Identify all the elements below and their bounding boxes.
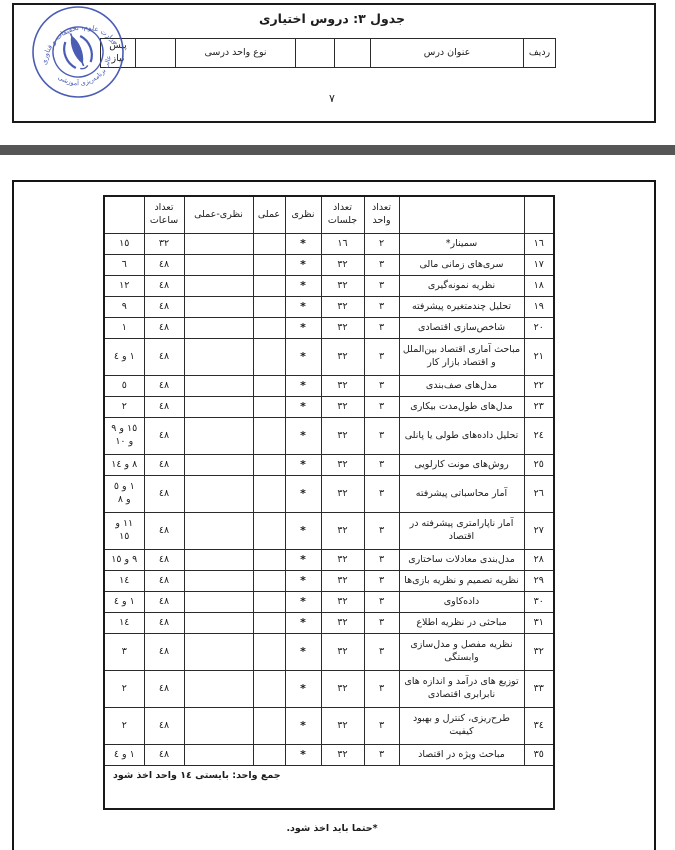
course-name-cell: توزیع های درآمد و اندازه های نابرابری اق… — [399, 671, 524, 708]
prereq-cell: ٢ — [104, 708, 144, 745]
practical-cell — [253, 234, 285, 255]
sessions-cell: ٣٢ — [321, 276, 364, 297]
sessions-cell: ٣٢ — [321, 571, 364, 592]
practical-cell — [253, 339, 285, 376]
practical-cell — [253, 592, 285, 613]
elective-courses-table: تعداد واحد تعداد جلسات نظری عملی نظری-عم… — [103, 195, 555, 810]
theory-practical-cell — [184, 255, 253, 276]
sessions-cell: ١٦ — [321, 234, 364, 255]
course-name-cell: مدل‌های طول‌مدت بیکاری — [399, 397, 524, 418]
table-row: ٢٤تحلیل داده‌های طولی یا پانلی٣٣٢*٤٨١٥ و… — [104, 418, 554, 455]
table-row: ٣٤طرح‌ریزی، کنترل و بهبود کیفیت٣٣٢*٤٨٢ — [104, 708, 554, 745]
theory-practical-cell — [184, 708, 253, 745]
units-cell: ٣ — [364, 592, 399, 613]
radif-header: ردیف — [524, 39, 556, 68]
course-name-cell: شاخص‌سازی اقتصادی — [399, 318, 524, 339]
table-row: ٢١مباحث آماری اقتصاد بین‌الملل و اقتصاد … — [104, 339, 554, 376]
practical-cell — [253, 571, 285, 592]
units-cell: ٣ — [364, 276, 399, 297]
ministry-stamp: وزارت علوم، تحقیقات و فناوری شورای عالی … — [28, 2, 128, 102]
course-name-cell: تحلیل داده‌های طولی یا پانلی — [399, 418, 524, 455]
sessions-cell: ٣٢ — [321, 397, 364, 418]
hours-cell: ٤٨ — [144, 745, 184, 766]
theory-cell: * — [285, 476, 321, 513]
hours-cell: ٤٨ — [144, 634, 184, 671]
total-units-row: جمع واحد: بایستی ١٤ واحد اخذ شود — [104, 766, 554, 810]
prereq-cell: ١٤ — [104, 613, 144, 634]
theory-practical-cell — [184, 592, 253, 613]
course-name-cell: نظریه نمونه‌گیری — [399, 276, 524, 297]
theory-practical-header: نظری-عملی — [184, 196, 253, 234]
theory-cell: * — [285, 318, 321, 339]
sessions-cell: ٣٢ — [321, 592, 364, 613]
course-name-cell: طرح‌ریزی، کنترل و بهبود کیفیت — [399, 708, 524, 745]
hours-header: تعداد ساعات — [144, 196, 184, 234]
practical-cell — [253, 613, 285, 634]
practical-cell — [253, 255, 285, 276]
row-number-cell: ٢٥ — [524, 455, 554, 476]
theory-cell: * — [285, 376, 321, 397]
units-header: تعداد واحد — [364, 196, 399, 234]
theory-practical-cell — [184, 276, 253, 297]
course-name-cell: تحلیل چندمتغیره پیشرفته — [399, 297, 524, 318]
row-number-cell: ٣٢ — [524, 634, 554, 671]
empty-header-cell — [136, 39, 176, 68]
prereq-cell: ٦ — [104, 255, 144, 276]
prereq-cell: ٢ — [104, 397, 144, 418]
sessions-cell: ٣٢ — [321, 476, 364, 513]
hours-cell: ٤٨ — [144, 318, 184, 339]
table-row: ٢٢مدل‌های صف‌بندی٣٣٢*٤٨٥ — [104, 376, 554, 397]
sessions-cell: ٣٢ — [321, 634, 364, 671]
table-row: ٢٨مدل‌بندی معادلات ساختاری٣٣٢*٤٨٩ و ١٥ — [104, 550, 554, 571]
course-name-cell: روش‌های مونت کارلویی — [399, 455, 524, 476]
units-cell: ٣ — [364, 397, 399, 418]
course-name-cell: مدل‌های صف‌بندی — [399, 376, 524, 397]
top-table-header-row: ردیف عنوان درس نوع واحد درسی پیش نیاز — [101, 39, 556, 68]
theory-practical-cell — [184, 318, 253, 339]
sessions-cell: ٣٢ — [321, 708, 364, 745]
units-cell: ٣ — [364, 476, 399, 513]
hours-cell: ٤٨ — [144, 592, 184, 613]
practical-cell — [253, 397, 285, 418]
practical-cell — [253, 297, 285, 318]
unit-type-header: نوع واحد درسی — [176, 39, 296, 68]
row-number-cell: ٢٤ — [524, 418, 554, 455]
empty-header-cell — [524, 196, 554, 234]
row-number-cell: ١٨ — [524, 276, 554, 297]
row-number-cell: ١٩ — [524, 297, 554, 318]
row-number-cell: ٢٩ — [524, 571, 554, 592]
table-row: ٣٠داده‌کاوی٣٣٢*٤٨١ و ٤ — [104, 592, 554, 613]
prereq-cell: ١٤ — [104, 571, 144, 592]
row-number-cell: ٣١ — [524, 613, 554, 634]
sessions-cell: ٣٢ — [321, 745, 364, 766]
sessions-cell: ٣٢ — [321, 255, 364, 276]
row-number-cell: ٢٨ — [524, 550, 554, 571]
hours-cell: ٤٨ — [144, 455, 184, 476]
theory-practical-cell — [184, 513, 253, 550]
theory-cell: * — [285, 339, 321, 376]
row-number-cell: ٢٣ — [524, 397, 554, 418]
theory-practical-cell — [184, 571, 253, 592]
prereq-cell: ١ و ٤ — [104, 745, 144, 766]
hours-cell: ٤٨ — [144, 571, 184, 592]
sessions-cell: ٣٢ — [321, 513, 364, 550]
sessions-cell: ٣٢ — [321, 671, 364, 708]
empty-header-cell — [104, 196, 144, 234]
theory-practical-cell — [184, 297, 253, 318]
prereq-cell: ٢ — [104, 671, 144, 708]
theory-practical-cell — [184, 550, 253, 571]
theory-cell: * — [285, 513, 321, 550]
sessions-cell: ٣٢ — [321, 297, 364, 318]
theory-cell: * — [285, 634, 321, 671]
practical-cell — [253, 455, 285, 476]
theory-cell: * — [285, 397, 321, 418]
row-number-cell: ٢٠ — [524, 318, 554, 339]
prereq-cell: ١ و ٥ و ٨ — [104, 476, 144, 513]
hours-cell: ٣٢ — [144, 234, 184, 255]
course-name-cell: مدل‌بندی معادلات ساختاری — [399, 550, 524, 571]
practical-cell — [253, 376, 285, 397]
hours-cell: ٤٨ — [144, 418, 184, 455]
theory-practical-cell — [184, 671, 253, 708]
sessions-cell: ٣٢ — [321, 550, 364, 571]
theory-practical-cell — [184, 418, 253, 455]
prereq-cell: ١٥ — [104, 234, 144, 255]
table-row: ٢٦آمار محاسباتی پیشرفته٣٣٢*٤٨١ و ٥ و ٨ — [104, 476, 554, 513]
theory-practical-cell — [184, 234, 253, 255]
course-name-cell: داده‌کاوی — [399, 592, 524, 613]
hours-cell: ٤٨ — [144, 276, 184, 297]
top-table: ردیف عنوان درس نوع واحد درسی پیش نیاز — [100, 38, 556, 68]
table-row: ١٩تحلیل چندمتغیره پیشرفته٣٣٢*٤٨٩ — [104, 297, 554, 318]
practical-cell — [253, 634, 285, 671]
empty-header-cell — [399, 196, 524, 234]
units-cell: ٣ — [364, 339, 399, 376]
hours-cell: ٤٨ — [144, 376, 184, 397]
table-row: ٣٣توزیع های درآمد و اندازه های نابرابری … — [104, 671, 554, 708]
hours-cell: ٤٨ — [144, 397, 184, 418]
units-cell: ٣ — [364, 634, 399, 671]
hours-cell: ٤٨ — [144, 671, 184, 708]
hours-cell: ٤٨ — [144, 339, 184, 376]
prereq-cell: ٨ و ١٤ — [104, 455, 144, 476]
theory-cell: * — [285, 255, 321, 276]
theory-practical-cell — [184, 745, 253, 766]
practical-cell — [253, 418, 285, 455]
row-number-cell: ٢٦ — [524, 476, 554, 513]
prereq-cell: ١ — [104, 318, 144, 339]
theory-cell: * — [285, 276, 321, 297]
prereq-cell: ١١ و ١٥ — [104, 513, 144, 550]
units-cell: ٣ — [364, 671, 399, 708]
hours-cell: ٤٨ — [144, 613, 184, 634]
sessions-cell: ٣٢ — [321, 376, 364, 397]
sessions-cell: ٣٢ — [321, 455, 364, 476]
row-number-cell: ١٦ — [524, 234, 554, 255]
theory-header: نظری — [285, 196, 321, 234]
table-row: ٣٥مباحث ویژه در اقتصاد٣٣٢*٤٨١ و ٤ — [104, 745, 554, 766]
hours-cell: ٤٨ — [144, 708, 184, 745]
prereq-cell: ١٢ — [104, 276, 144, 297]
footnote: *حتما باید اخذ شود. — [12, 823, 652, 834]
theory-practical-cell — [184, 634, 253, 671]
hours-cell: ٤٨ — [144, 255, 184, 276]
main-table-body: تعداد واحد تعداد جلسات نظری عملی نظری-عم… — [104, 196, 554, 809]
sessions-cell: ٣٢ — [321, 318, 364, 339]
theory-cell: * — [285, 418, 321, 455]
hours-cell: ٤٨ — [144, 550, 184, 571]
row-number-cell: ٣٣ — [524, 671, 554, 708]
units-cell: ٣ — [364, 745, 399, 766]
theory-cell: * — [285, 708, 321, 745]
course-name-cell: مباحث آماری اقتصاد بین‌الملل و اقتصاد با… — [399, 339, 524, 376]
sessions-header: تعداد جلسات — [321, 196, 364, 234]
table-row: ٣٢نظریه مفصل و مدل‌سازی وابستگی٣٣٢*٤٨٣ — [104, 634, 554, 671]
prereq-cell: ٩ و ١٥ — [104, 550, 144, 571]
course-title-header: عنوان درس — [371, 39, 524, 68]
units-cell: ٣ — [364, 550, 399, 571]
units-cell: ٣ — [364, 297, 399, 318]
theory-cell: * — [285, 671, 321, 708]
practical-header: عملی — [253, 196, 285, 234]
row-number-cell: ٢٢ — [524, 376, 554, 397]
units-cell: ٣ — [364, 318, 399, 339]
units-cell: ٣ — [364, 455, 399, 476]
row-number-cell: ٣٥ — [524, 745, 554, 766]
theory-cell: * — [285, 234, 321, 255]
table-row: ٢٩نظریه تصمیم و نظریه بازی‌ها٣٣٢*٤٨١٤ — [104, 571, 554, 592]
table-row: ٢٠شاخص‌سازی اقتصادی٣٣٢*٤٨١ — [104, 318, 554, 339]
practical-cell — [253, 550, 285, 571]
theory-practical-cell — [184, 476, 253, 513]
theory-practical-cell — [184, 613, 253, 634]
prereq-cell: ٣ — [104, 634, 144, 671]
row-number-cell: ٣٤ — [524, 708, 554, 745]
row-number-cell: ١٧ — [524, 255, 554, 276]
theory-cell: * — [285, 745, 321, 766]
page-separator-bar — [0, 145, 675, 155]
course-name-cell: سمینار* — [399, 234, 524, 255]
prereq-cell: ١٥ و ٩ و ١٠ — [104, 418, 144, 455]
units-cell: ٣ — [364, 418, 399, 455]
course-name-cell: آمار محاسباتی پیشرفته — [399, 476, 524, 513]
theory-cell: * — [285, 297, 321, 318]
empty-header-cell — [335, 39, 371, 68]
units-cell: ٣ — [364, 376, 399, 397]
table-row: ٢٧آمار ناپارامتری پیشرفته در اقتصاد٣٣٢*٤… — [104, 513, 554, 550]
table-row: ٣١مباحثی در نظریه اطلاع٣٣٢*٤٨١٤ — [104, 613, 554, 634]
hours-cell: ٤٨ — [144, 513, 184, 550]
main-table-header-row: تعداد واحد تعداد جلسات نظری عملی نظری-عم… — [104, 196, 554, 234]
practical-cell — [253, 476, 285, 513]
practical-cell — [253, 318, 285, 339]
theory-practical-cell — [184, 376, 253, 397]
table-row: ٢٣مدل‌های طول‌مدت بیکاری٣٣٢*٤٨٢ — [104, 397, 554, 418]
theory-cell: * — [285, 455, 321, 476]
table-row: ١٧سری‌های زمانی مالی٣٣٢*٤٨٦ — [104, 255, 554, 276]
row-number-cell: ٣٠ — [524, 592, 554, 613]
table-row: ١٨نظریه نمونه‌گیری٣٣٢*٤٨١٢ — [104, 276, 554, 297]
course-name-cell: نظریه تصمیم و نظریه بازی‌ها — [399, 571, 524, 592]
theory-cell: * — [285, 550, 321, 571]
hours-cell: ٤٨ — [144, 476, 184, 513]
practical-cell — [253, 708, 285, 745]
units-cell: ٣ — [364, 513, 399, 550]
prereq-cell: ٩ — [104, 297, 144, 318]
empty-header-cell — [296, 39, 335, 68]
sessions-cell: ٣٢ — [321, 613, 364, 634]
course-name-cell: سری‌های زمانی مالی — [399, 255, 524, 276]
course-name-cell: نظریه مفصل و مدل‌سازی وابستگی — [399, 634, 524, 671]
document-page: { "page": { "title": "جدول ٣: دروس اختیا… — [0, 0, 675, 850]
units-cell: ٢ — [364, 234, 399, 255]
units-cell: ٣ — [364, 571, 399, 592]
row-number-cell: ٢١ — [524, 339, 554, 376]
theory-practical-cell — [184, 455, 253, 476]
practical-cell — [253, 513, 285, 550]
table-row: ١٦سمینار*٢١٦*٣٢١٥ — [104, 234, 554, 255]
course-name-cell: مباحث ویژه در اقتصاد — [399, 745, 524, 766]
practical-cell — [253, 745, 285, 766]
units-cell: ٣ — [364, 613, 399, 634]
theory-practical-cell — [184, 339, 253, 376]
units-cell: ٣ — [364, 708, 399, 745]
course-name-cell: مباحثی در نظریه اطلاع — [399, 613, 524, 634]
prereq-cell: ١ و ٤ — [104, 339, 144, 376]
theory-cell: * — [285, 571, 321, 592]
sessions-cell: ٣٢ — [321, 418, 364, 455]
theory-cell: * — [285, 592, 321, 613]
units-cell: ٣ — [364, 255, 399, 276]
practical-cell — [253, 671, 285, 708]
hours-cell: ٤٨ — [144, 297, 184, 318]
sessions-cell: ٣٢ — [321, 339, 364, 376]
practical-cell — [253, 276, 285, 297]
course-name-cell: آمار ناپارامتری پیشرفته در اقتصاد — [399, 513, 524, 550]
prereq-cell: ١ و ٤ — [104, 592, 144, 613]
prereq-cell: ٥ — [104, 376, 144, 397]
theory-practical-cell — [184, 397, 253, 418]
row-number-cell: ٢٧ — [524, 513, 554, 550]
total-units-cell: جمع واحد: بایستی ١٤ واحد اخذ شود — [104, 766, 554, 810]
table-row: ٢٥روش‌های مونت کارلویی٣٣٢*٤٨٨ و ١٤ — [104, 455, 554, 476]
theory-cell: * — [285, 613, 321, 634]
